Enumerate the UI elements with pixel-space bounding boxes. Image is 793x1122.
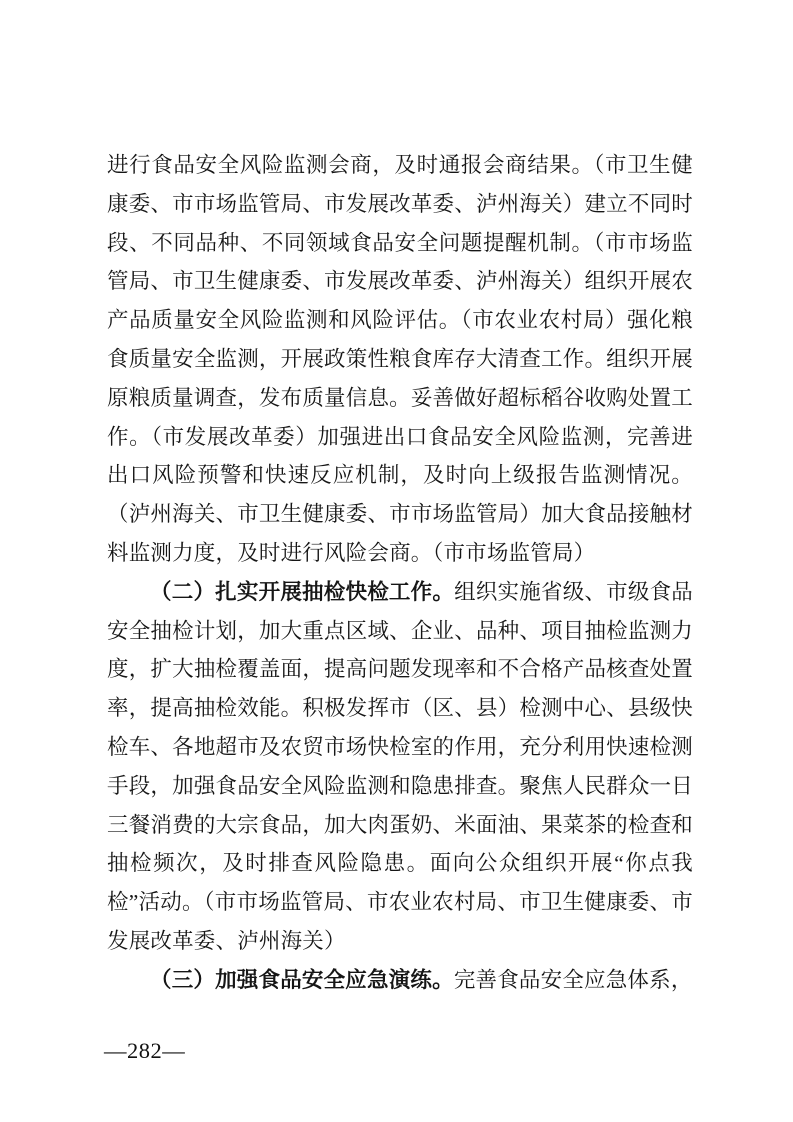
section-heading: （三）加强食品安全应急演练。 (150, 968, 454, 992)
paragraph: （三）加强食品安全应急演练。完善食品安全应急体系， (107, 961, 693, 1000)
paragraph-text: 进行食品安全风险监测会商，及时通报会商结果。（市卫生健康委、市市场监管局、市发展… (107, 153, 693, 565)
paragraph: （二）扎实开展抽检快检工作。组织实施省级、市级食品安全抽检计划，加大重点区域、企… (107, 573, 693, 961)
paragraph-text: 组织实施省级、市级食品安全抽检计划，加大重点区域、企业、品种、项目抽检监测力度，… (107, 580, 693, 953)
paragraph-text: 完善食品安全应急体系， (454, 968, 693, 992)
paragraph: 进行食品安全风险监测会商，及时通报会商结果。（市卫生健康委、市市场监管局、市发展… (107, 146, 693, 573)
section-heading: （二）扎实开展抽检快检工作。 (150, 580, 454, 604)
page-number: —282— (104, 1038, 185, 1064)
text-block: 进行食品安全风险监测会商，及时通报会商结果。（市卫生健康委、市市场监管局、市发展… (107, 146, 693, 1000)
document-page: 进行食品安全风险监测会商，及时通报会商结果。（市卫生健康委、市市场监管局、市发展… (0, 0, 793, 1122)
